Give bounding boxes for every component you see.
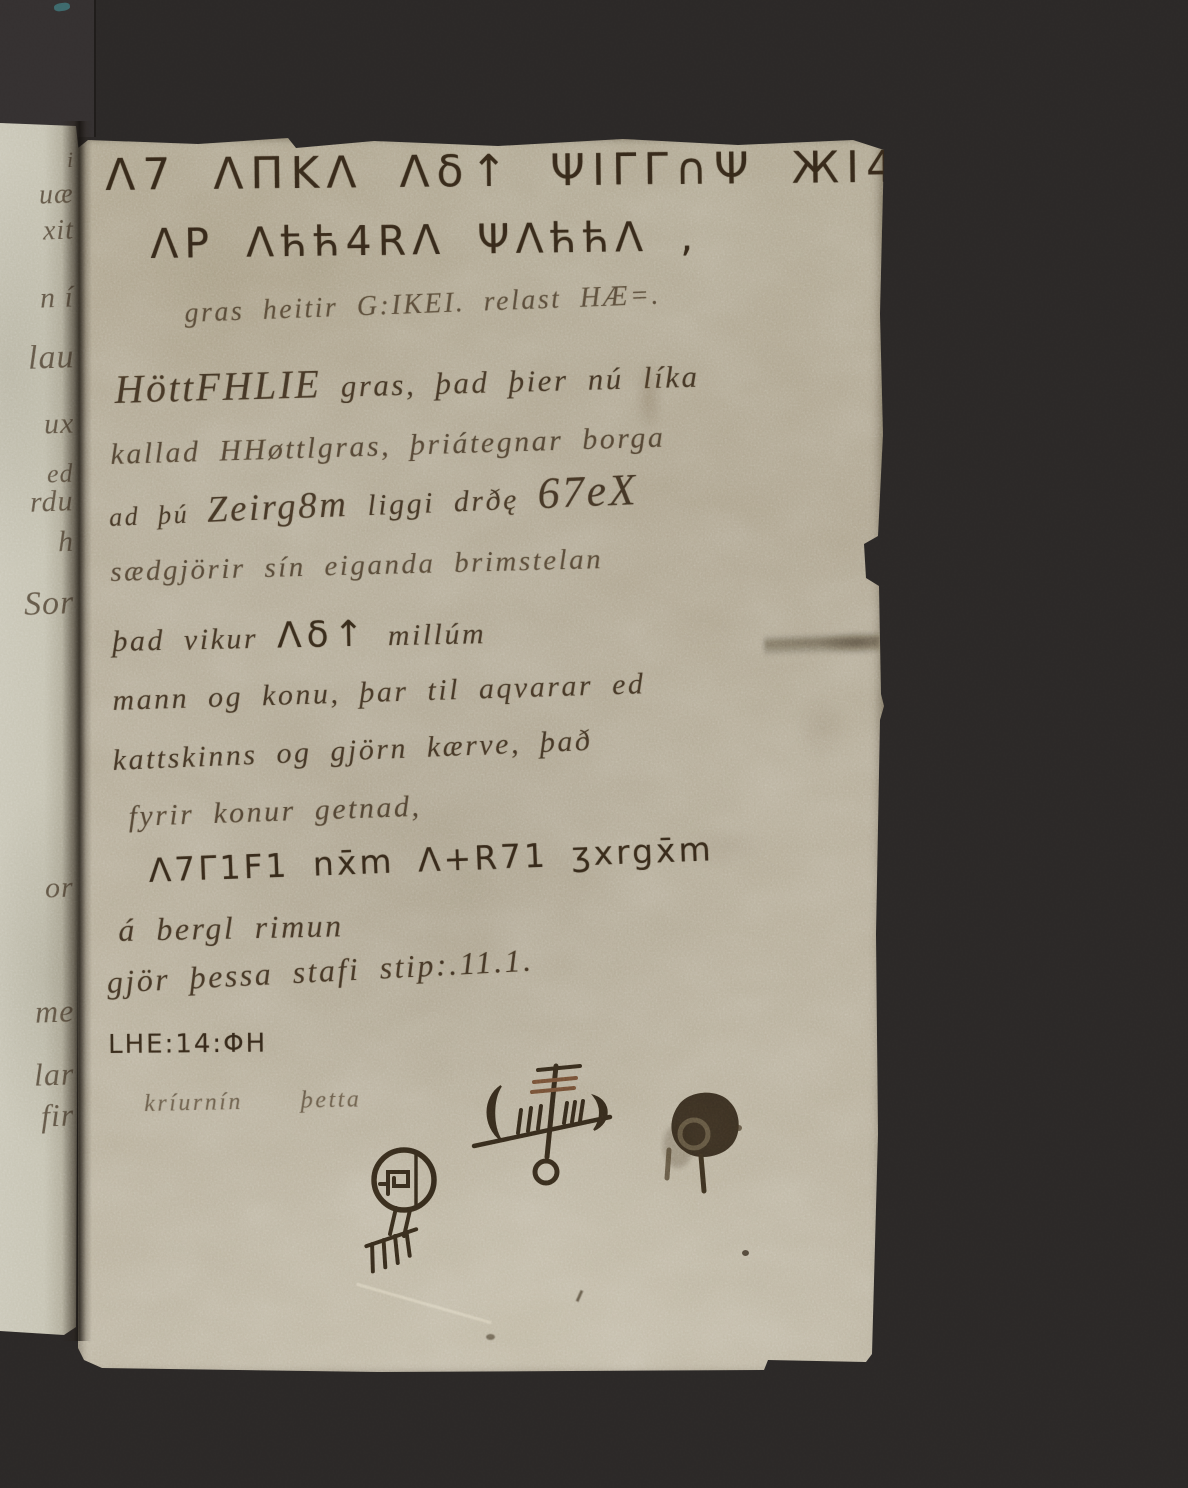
gutter-text-fragment: rdu [30, 484, 75, 519]
handwritten-line: þad vikur Λδ↑ millúm [112, 614, 486, 658]
gutter-text-fragment: i [66, 147, 74, 173]
handwritten-word-large: 67eX [537, 465, 639, 518]
ink-blot-icon [656, 1088, 748, 1198]
handwritten-word: gras, þad þier nú líka [321, 359, 700, 405]
handwritten-line: ad þú Zeirg8m liggi drðę 67eX [108, 468, 639, 534]
facing-page-edge: i uæ xit n í lau ux ed rdu h Sor or me l… [0, 123, 80, 1335]
pen-tick-mark [576, 1290, 584, 1302]
handwritten-word: kríurnín [144, 1089, 243, 1117]
handwritten-line: gjör þessa stafi stip:.11.1. [106, 944, 534, 998]
rune-title-line-2: ΛΡ Λћћ4RΛ ΨΛћћΛ , [150, 216, 699, 265]
handwritten-word: þetta [301, 1086, 362, 1113]
gutter-text-fragment: lau [27, 338, 75, 378]
handwritten-line: á bergl rimun [118, 909, 344, 946]
handwritten-word: þad vikur [112, 622, 277, 658]
handwritten-word: millúm [368, 617, 486, 652]
gutter-text-fragment: fir [40, 1096, 75, 1134]
handwritten-line: gras heitir G:IKEI. relast HÆ=. [184, 282, 661, 328]
background-seam-line [94, 0, 96, 137]
handwritten-word: ad þú [109, 499, 208, 532]
ink-speck [742, 1250, 749, 1256]
rune-title-line-1: Λ7 ΛΠΚΛ Λδ↑ ΨΙΓΓ∩Ψ ЖΙ4ΛΛ [105, 145, 976, 198]
handwritten-line: fyrir konur getnad, [128, 792, 422, 832]
gutter-text-fragment: h [57, 525, 74, 560]
handwritten-line: kattskinns og gjörn kærve, það [112, 726, 593, 776]
handwritten-line: mann og konu, þar til aqvarar ed [112, 669, 646, 716]
rune-cipher-line: Λ7Γ1F1 nx̄m Λ+R71 ʒxrgx̄m [148, 832, 714, 887]
handwritten-word-large: Zeirg8m [206, 484, 349, 531]
handwritten-line: HöttFHLIE gras, þad þier nú líka [114, 354, 700, 410]
paper-scratch [356, 1283, 491, 1324]
handwritten-word-large: HöttFHLIE [114, 361, 322, 412]
manuscript-page: Λ7 ΛΠΚΛ Λδ↑ ΨΙΓΓ∩Ψ ЖΙ4ΛΛ ΛΡ Λћћ4RΛ ΨΛћћΛ… [78, 134, 884, 1374]
gutter-text-fragment: me [34, 992, 75, 1030]
gutter-text-fragment: Sor [23, 584, 75, 624]
erased-word-smudge [764, 625, 881, 663]
cipher-code-line: LHE:14:ΦH [108, 1031, 267, 1058]
gutter-text-fragment: ux [43, 406, 74, 441]
gutter-text-fragment: uæ [39, 178, 75, 211]
background-corner-panel [0, 0, 94, 137]
gutter-text-fragment: lar [33, 1055, 75, 1093]
paper-scratch-tip [486, 1334, 495, 1340]
gutter-text-fragment: or [45, 871, 75, 906]
handwritten-line: sædgjörir sín eiganda brimstelan [110, 545, 603, 587]
gutter-text-fragment: n í [40, 280, 75, 315]
gutter-text-fragment: xit [42, 214, 74, 247]
handwritten-word: liggi drðę [348, 482, 539, 523]
manuscript-scan: i uæ xit n í lau ux ed rdu h Sor or me l… [0, 0, 1188, 1488]
inline-rune-word: Λδ↑ [277, 614, 370, 657]
maze-knot-sigil-icon [360, 1142, 460, 1274]
handwritten-caption-line: kríurnínþetta [144, 1087, 362, 1116]
paper-stain [794, 694, 848, 760]
lunar-crescent-staff-sigil-icon [468, 1060, 628, 1195]
handwritten-line: kallad HHøttlgras, þriátegnar borga [110, 423, 666, 470]
